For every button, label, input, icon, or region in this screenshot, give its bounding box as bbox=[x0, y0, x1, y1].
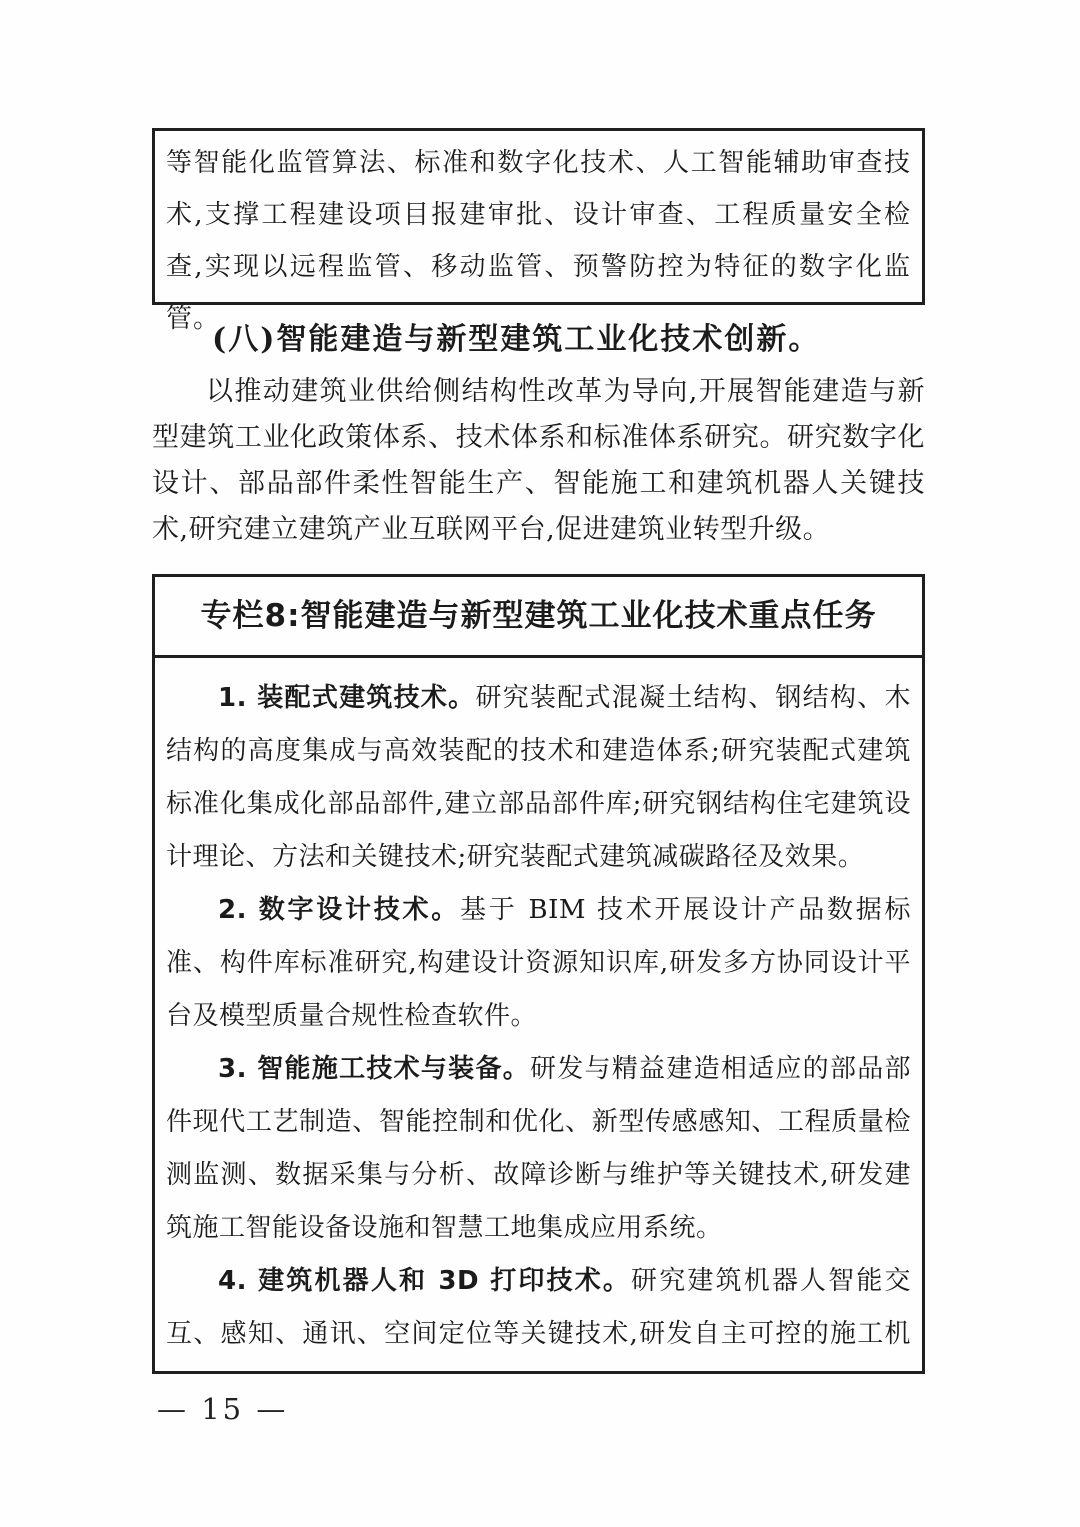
supervision-text: 等智能化监管算法、标准和数字化技术、人工智能辅助审查技术,支撑工程建设项目报建审… bbox=[166, 137, 911, 345]
section-paragraph: 以推动建筑业供给侧结构性改革为导向,开展智能建造与新型建筑工业化政策体系、技术体… bbox=[152, 369, 925, 553]
section-heading: (八)智能建造与新型建筑工业化技术创新。 bbox=[152, 318, 925, 362]
task-item-3: 3. 智能施工技术与装备。研发与精益建造相适应的部品部件现代工艺制造、智能控制和… bbox=[166, 1043, 911, 1255]
task-item-4-lead: 4. 建筑机器人和 3D 打印技术。 bbox=[218, 1266, 631, 1296]
task-item-1: 1. 装配式建筑技术。研究装配式混凝土结构、钢结构、木结构的高度集成与高效装配的… bbox=[166, 672, 911, 884]
task-item-3-lead: 3. 智能施工技术与装备。 bbox=[218, 1054, 530, 1084]
task-item-1-lead: 1. 装配式建筑技术。 bbox=[218, 683, 475, 713]
task-item-2-lead: 2. 数字设计技术。 bbox=[218, 895, 460, 925]
page-number: — 15 — bbox=[157, 1392, 288, 1426]
task-item-2: 2. 数字设计技术。基于 BIM 技术开展设计产品数据标准、构件库标准研究,构建… bbox=[166, 884, 911, 1043]
supervision-text-box: 等智能化监管算法、标准和数字化技术、人工智能辅助审查技术,支撑工程建设项目报建审… bbox=[152, 128, 925, 305]
task-box-body: 1. 装配式建筑技术。研究装配式混凝土结构、钢结构、木结构的高度集成与高效装配的… bbox=[155, 658, 922, 1371]
document-page: 等智能化监管算法、标准和数字化技术、人工智能辅助审查技术,支撑工程建设项目报建审… bbox=[0, 0, 1080, 1527]
task-box-title: 专栏8:智能建造与新型建筑工业化技术重点任务 bbox=[155, 577, 922, 658]
task-item-4: 4. 建筑机器人和 3D 打印技术。研究建筑机器人智能交互、感知、通讯、空间定位… bbox=[166, 1255, 911, 1371]
task-box: 专栏8:智能建造与新型建筑工业化技术重点任务 1. 装配式建筑技术。研究装配式混… bbox=[152, 574, 925, 1374]
